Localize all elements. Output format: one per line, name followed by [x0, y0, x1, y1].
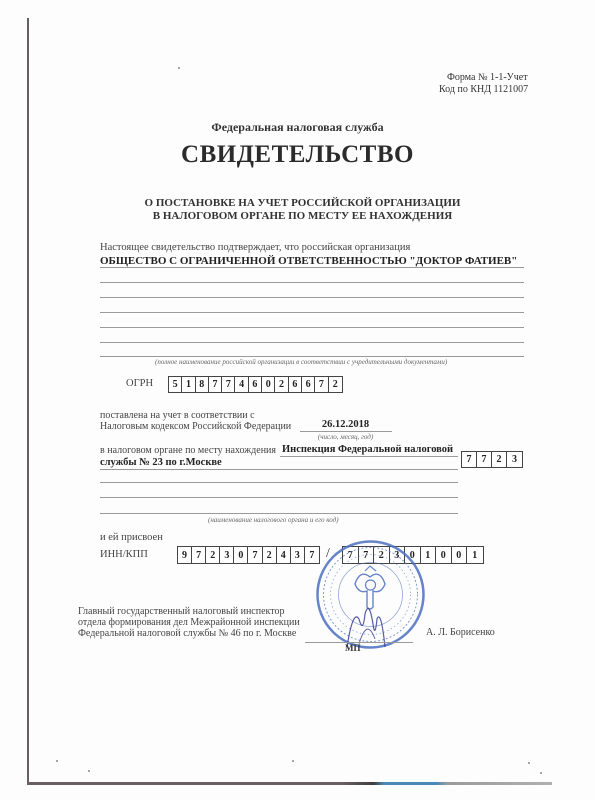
ogrn-digit: 1 [182, 377, 195, 392]
scan-speck [528, 762, 530, 764]
date-caption: (число, месяц, год) [303, 433, 388, 441]
ogrn-digit: 6 [302, 377, 315, 392]
inn-kpp-label: ИНН/КПП [100, 549, 148, 560]
inn-digit: 2 [206, 547, 220, 563]
authority-name: Федеральная налоговая служба [0, 120, 595, 135]
official-seal-stamp [315, 539, 426, 650]
date-rule [300, 431, 392, 432]
confirmation-text: Настоящее свидетельство подтверждает, чт… [100, 242, 410, 253]
scan-speck [540, 772, 542, 774]
ogrn-digit: 0 [262, 377, 275, 392]
subtitle-line-2: В НАЛОГОВОМ ОРГАНЕ ПО МЕСТУ ЕЕ НАХОЖДЕНИ… [0, 210, 595, 222]
scan-bottom-edge [27, 782, 552, 785]
ogrn-label: ОГРН [126, 378, 153, 389]
authority-code-digit: 7 [477, 452, 492, 467]
scan-speck [178, 67, 180, 69]
registration-text-2: Налоговым кодексом Российской Федерации [100, 421, 291, 432]
tax-authority-line-2: службы № 23 по г.Москве [100, 457, 222, 468]
org-name-rule [100, 282, 524, 283]
tax-authority-line-1: Инспекция Федеральной налоговой [282, 444, 453, 455]
signer-name: А. Л. Борисенко [426, 627, 495, 638]
authority-rule [100, 469, 458, 470]
authority-code-digit: 2 [492, 452, 507, 467]
ogrn-digit: 8 [196, 377, 209, 392]
ogrn-digit: 2 [329, 377, 342, 392]
org-name-rule [100, 312, 524, 313]
inn-digit: 3 [220, 547, 234, 563]
knd-code: Код по КНД 1121007 [439, 84, 528, 95]
scan-speck [88, 770, 90, 772]
ogrn-digit: 7 [222, 377, 235, 392]
inspector-position-3: Федеральной налоговой службы № 46 по г. … [78, 628, 296, 639]
authority-rule [280, 456, 458, 457]
inn-digit: 9 [178, 547, 192, 563]
authority-rule [100, 513, 458, 514]
registration-date: 26.12.2018 [303, 419, 388, 430]
kpp-digit: 0 [452, 547, 468, 563]
inspector-position-1: Главный государственный налоговый инспек… [78, 606, 285, 617]
inn-digit: 2 [263, 547, 277, 563]
ogrn-digit: 2 [275, 377, 288, 392]
ogrn-digit: 7 [315, 377, 328, 392]
authority-code-boxes: 7723 [461, 451, 523, 468]
kpp-digit: 1 [467, 547, 483, 563]
seal-label: МП [345, 643, 361, 653]
certificate-page: Форма № 1-1-Учет Код по КНД 1121007 Феде… [0, 0, 595, 800]
inn-digit: 4 [277, 547, 291, 563]
inn-digit: 0 [234, 547, 248, 563]
ogrn-digit: 4 [235, 377, 248, 392]
org-name-rule [100, 342, 524, 343]
document-title: СВИДЕТЕЛЬСТВО [0, 141, 595, 169]
subtitle-line-1: О ПОСТАНОВКЕ НА УЧЕТ РОССИЙСКОЙ ОРГАНИЗА… [0, 197, 595, 209]
scan-speck [56, 760, 58, 762]
org-name-rule [100, 267, 524, 268]
org-name-rule [100, 297, 524, 298]
inn-digit: 7 [248, 547, 262, 563]
authority-rule [100, 482, 458, 483]
org-name-rule [100, 356, 524, 357]
ogrn-digit-boxes: 5187746026672 [168, 376, 343, 393]
inn-digit: 3 [291, 547, 305, 563]
org-name-rule [100, 327, 524, 328]
ogrn-digit: 6 [249, 377, 262, 392]
registration-text-1: поставлена на учет в соответствии с [100, 410, 255, 421]
authority-rule [100, 497, 458, 498]
ogrn-digit: 6 [289, 377, 302, 392]
form-number: Форма № 1-1-Учет [447, 72, 528, 83]
ogrn-digit: 5 [169, 377, 182, 392]
inn-digit-boxes: 9723072437 [177, 546, 320, 564]
authority-caption: (наименование налогового органа и его ко… [208, 516, 339, 524]
scan-speck [292, 760, 294, 762]
authority-code-digit: 3 [507, 452, 522, 467]
inn-digit: 7 [192, 547, 206, 563]
kpp-digit: 0 [436, 547, 452, 563]
organization-name: ОБЩЕСТВО С ОГРАНИЧЕННОЙ ОТВЕТСТВЕННОСТЬЮ… [100, 255, 517, 267]
organization-caption: (полное наименование российской организа… [155, 358, 447, 366]
inspector-position-2: отдела формирования дел Межрайонной инсп… [78, 617, 300, 628]
authority-code-digit: 7 [462, 452, 477, 467]
ogrn-digit: 7 [209, 377, 222, 392]
registration-text-3: в налоговом органе по месту нахождения [100, 445, 276, 456]
assigned-text: и ей присвоен [100, 532, 163, 543]
